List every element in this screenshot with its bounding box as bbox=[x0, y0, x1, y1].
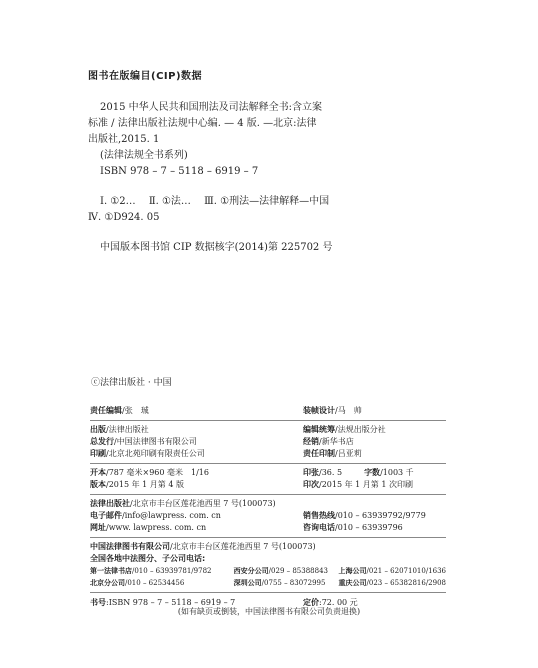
branch-phone: /0755 – 83072995 bbox=[262, 579, 326, 587]
copyright-notice: ⓒ法律出版社 · 中国 bbox=[91, 375, 172, 388]
seller-value: /新华书店 bbox=[319, 437, 354, 446]
words-value: /1003 千 bbox=[380, 468, 414, 477]
branch-label: 上海公司 bbox=[339, 567, 367, 575]
branch-phone: /021 – 62071010/1636 bbox=[367, 567, 446, 575]
edition-value: /2015 年 1 月第 4 版 bbox=[106, 480, 184, 489]
cip-entry-line: 2015 中华人民共和国刑法及司法解释全书:含立案 bbox=[88, 100, 378, 116]
branch-label: 重庆公司 bbox=[339, 579, 367, 587]
email-label: 电子邮件 bbox=[90, 511, 122, 520]
cip-classification-line: Ⅳ. ①D924. 05 bbox=[88, 210, 378, 226]
branch-label: 西安分公司 bbox=[234, 567, 269, 575]
cip-classification-line: Ⅰ. ①2… Ⅱ. ①法… Ⅲ. ①刑法—法律解释—中国 bbox=[88, 194, 378, 210]
cip-series: (法律法规全书系列) bbox=[88, 148, 378, 164]
company-address-label: 中国法律图书有限公司 bbox=[90, 542, 170, 551]
words-label: 字数 bbox=[364, 468, 380, 477]
impression-value: /2015 年 1 月第 1 次印刷 bbox=[319, 480, 413, 489]
editor-value: /张 珹 bbox=[122, 406, 149, 415]
press-address-label: 法律出版社 bbox=[90, 499, 130, 508]
cip-entry-line: 出版社,2015. 1 bbox=[88, 132, 378, 148]
designer-label: 装帧设计 bbox=[303, 406, 335, 415]
cip-data-block: 图书在版编目(CIP)数据 2015 中华人民共和国刑法及司法解释全书:含立案 … bbox=[88, 69, 378, 256]
info-section-contact: 法律出版社/北京市丰台区莲花池西里 7 号(100073) 电子邮件/info@… bbox=[90, 495, 446, 538]
designer-value: /马 帅 bbox=[335, 406, 362, 415]
branch-label: 深圳公司 bbox=[234, 579, 262, 587]
email-value[interactable]: /info@lawpress. com. cn bbox=[122, 511, 221, 520]
copyright-page: 图书在版编目(CIP)数据 2015 中华人民共和国刑法及司法解释全书:含立案 … bbox=[0, 0, 538, 668]
sheets-label: 印张 bbox=[303, 468, 319, 477]
cip-title: 图书在版编目(CIP)数据 bbox=[88, 69, 378, 85]
company-address-value: /北京市丰台区莲花池西里 7 号(100073) bbox=[170, 542, 316, 551]
print-manager-label: 责任印制 bbox=[303, 449, 335, 458]
distributor-value: /中国法律图书有限公司 bbox=[114, 437, 197, 446]
press-address-value: /北京市丰台区莲花池西里 7 号(100073) bbox=[130, 499, 276, 508]
impression-label: 印次 bbox=[303, 480, 319, 489]
consult-phone-value: /010 – 63939796 bbox=[335, 523, 403, 532]
info-section-editors: 责任编辑/张 珹 装帧设计/马 帅 bbox=[90, 405, 446, 421]
branch-phone: /010 – 62534456 bbox=[125, 579, 184, 587]
consult-phone-label: 咨询电话 bbox=[303, 523, 335, 532]
sales-hotline-label: 销售热线 bbox=[303, 511, 335, 520]
sales-hotline-value: /010 – 63939792/9779 bbox=[335, 511, 426, 520]
format-label: 开本 bbox=[90, 468, 106, 477]
editing-label: 编辑统筹 bbox=[303, 425, 335, 434]
printer-label: 印刷 bbox=[90, 449, 106, 458]
info-section-publishing: 出版/法律出版社 编辑统筹/法规出版分社 总发行/中国法律图书有限公司 经销/新… bbox=[90, 421, 446, 464]
sheets-value: /36. 5 bbox=[319, 468, 342, 477]
cip-entry: 2015 中华人民共和国刑法及司法解释全书:含立案 标准 / 法律出版社法规中心… bbox=[88, 100, 378, 180]
return-policy-note: (如有缺页或倒装，中国法律图书有限公司负责退换) bbox=[0, 606, 538, 617]
branch-phone: /023 – 65382816/2908 bbox=[367, 579, 446, 587]
website-label: 网址 bbox=[90, 523, 106, 532]
branch-phone: /029 – 85388843 bbox=[269, 567, 328, 575]
branch-label: 第一法律书店 bbox=[90, 567, 132, 575]
printer-value: /北京北苑印刷有限责任公司 bbox=[106, 449, 205, 458]
branches-heading: 全国各地中法图分、子公司电话: bbox=[90, 554, 205, 563]
cip-csn: 中国版本图书馆 CIP 数据核字(2014)第 225702 号 bbox=[88, 240, 378, 256]
website-value[interactable]: /www. lawpress. com. cn bbox=[106, 523, 206, 532]
format-value: /787 毫米×960 毫米 1/16 bbox=[106, 468, 209, 477]
info-section-format: 开本/787 毫米×960 毫米 1/16 印张/36. 5字数/1003 千 … bbox=[90, 464, 446, 495]
distributor-label: 总发行 bbox=[90, 437, 114, 446]
branch-label: 北京分公司 bbox=[90, 579, 125, 587]
publisher-value: /法律出版社 bbox=[106, 425, 149, 434]
publication-info: 责任编辑/张 珹 装帧设计/马 帅 出版/法律出版社 编辑统筹/法规出版分社 总… bbox=[90, 405, 446, 610]
cip-isbn: ISBN 978 – 7 – 5118 – 6919 – 7 bbox=[88, 164, 378, 180]
seller-label: 经销 bbox=[303, 437, 319, 446]
cip-classification: Ⅰ. ①2… Ⅱ. ①法… Ⅲ. ①刑法—法律解释—中国 Ⅳ. ①D924. 0… bbox=[88, 194, 378, 226]
edition-label: 版本 bbox=[90, 480, 106, 489]
editing-value: /法规出版分社 bbox=[335, 425, 386, 434]
info-section-company: 中国法律图书有限公司/北京市丰台区莲花池西里 7 号(100073) 全国各地中… bbox=[90, 538, 446, 593]
publisher-label: 出版 bbox=[90, 425, 106, 434]
print-manager-value: /吕亚莉 bbox=[335, 449, 362, 458]
cip-entry-line: 标准 / 法律出版社法规中心编. — 4 版. —北京:法律 bbox=[88, 116, 378, 132]
branch-phone: /010 – 63939781/9782 bbox=[132, 567, 211, 575]
editor-label: 责任编辑 bbox=[90, 406, 122, 415]
